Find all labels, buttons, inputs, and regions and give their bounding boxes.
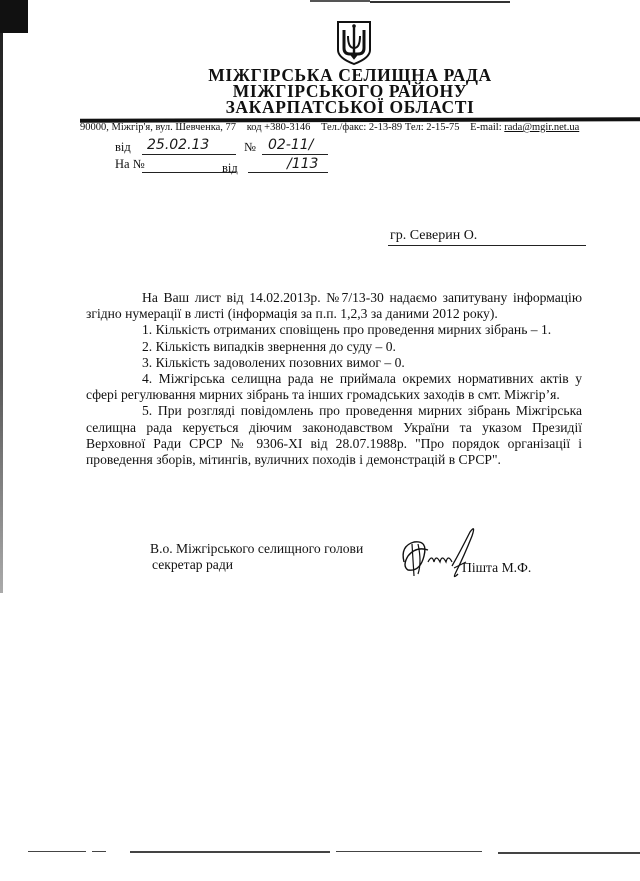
recipient-underline	[388, 245, 586, 246]
tel: Тел: 2-15-75	[405, 122, 460, 133]
signatory-title: В.о. Міжгірського селищного голови секре…	[150, 541, 363, 573]
letter-number-handwritten: 02-11/	[268, 137, 313, 153]
bottom-scan-line	[336, 851, 482, 852]
tel-fax: Тел./факс: 2-13-89	[321, 122, 402, 133]
handwritten-signature-icon	[398, 522, 484, 592]
letter-date-handwritten: 25.02.13	[147, 137, 209, 153]
bottom-scan-line	[92, 851, 106, 852]
signatory-name: Пішта М.Ф.	[462, 560, 531, 576]
item-2: 2. Кількість випадків звернення до суду …	[86, 339, 582, 355]
email-label: E-mail:	[470, 122, 502, 133]
number-label: №	[244, 140, 256, 155]
scan-left-edge	[0, 33, 3, 593]
letter-body: На Ваш лист від 14.02.2013р. №7/13-30 на…	[86, 290, 582, 468]
recipient: гр. Северин О.	[390, 228, 477, 244]
org-name-line-3: ЗАКАРПАТСЬКОЇ ОБЛАСТІ	[30, 98, 640, 117]
item-1: 1. Кількість отриманих сповіщень про про…	[86, 322, 582, 338]
number-underline	[262, 154, 328, 155]
in-reply-from-underline	[248, 172, 328, 173]
signatory-title-line-2: секретар ради	[150, 557, 363, 573]
scan-edge-shadow	[0, 0, 28, 33]
bottom-scan-line	[498, 852, 640, 854]
bottom-scan-line	[130, 851, 330, 853]
email-link[interactable]: rada@mgir.net.ua	[504, 122, 579, 133]
intro-paragraph: На Ваш лист від 14.02.2013р. №7/13-30 на…	[86, 290, 582, 322]
trident-emblem-icon	[335, 20, 373, 66]
scan-top-mark	[310, 0, 370, 2]
item-5: 5. При розгляді повідомлень про проведен…	[86, 403, 582, 468]
item-3: 3. Кількість задоволених позовних вимог …	[86, 355, 582, 371]
scan-top-mark	[370, 1, 510, 3]
in-reply-label: На №	[115, 157, 145, 172]
date-underline	[142, 154, 236, 155]
phone-code: код +380-3146	[247, 122, 311, 133]
signatory-title-line-1: В.о. Міжгірського селищного голови	[150, 541, 363, 557]
address: 90000, Міжгір'я, вул. Шевченка, 77	[80, 122, 236, 133]
bottom-scan-line	[28, 851, 86, 852]
from-label: від	[115, 140, 131, 155]
contact-line: 90000, Міжгір'я, вул. Шевченка, 77 код +…	[80, 122, 579, 133]
in-reply-from-label: від	[222, 161, 238, 176]
item-4: 4. Міжгірська селищна рада не приймала о…	[86, 371, 582, 403]
letter-number-handwritten-2: /113	[287, 156, 318, 172]
